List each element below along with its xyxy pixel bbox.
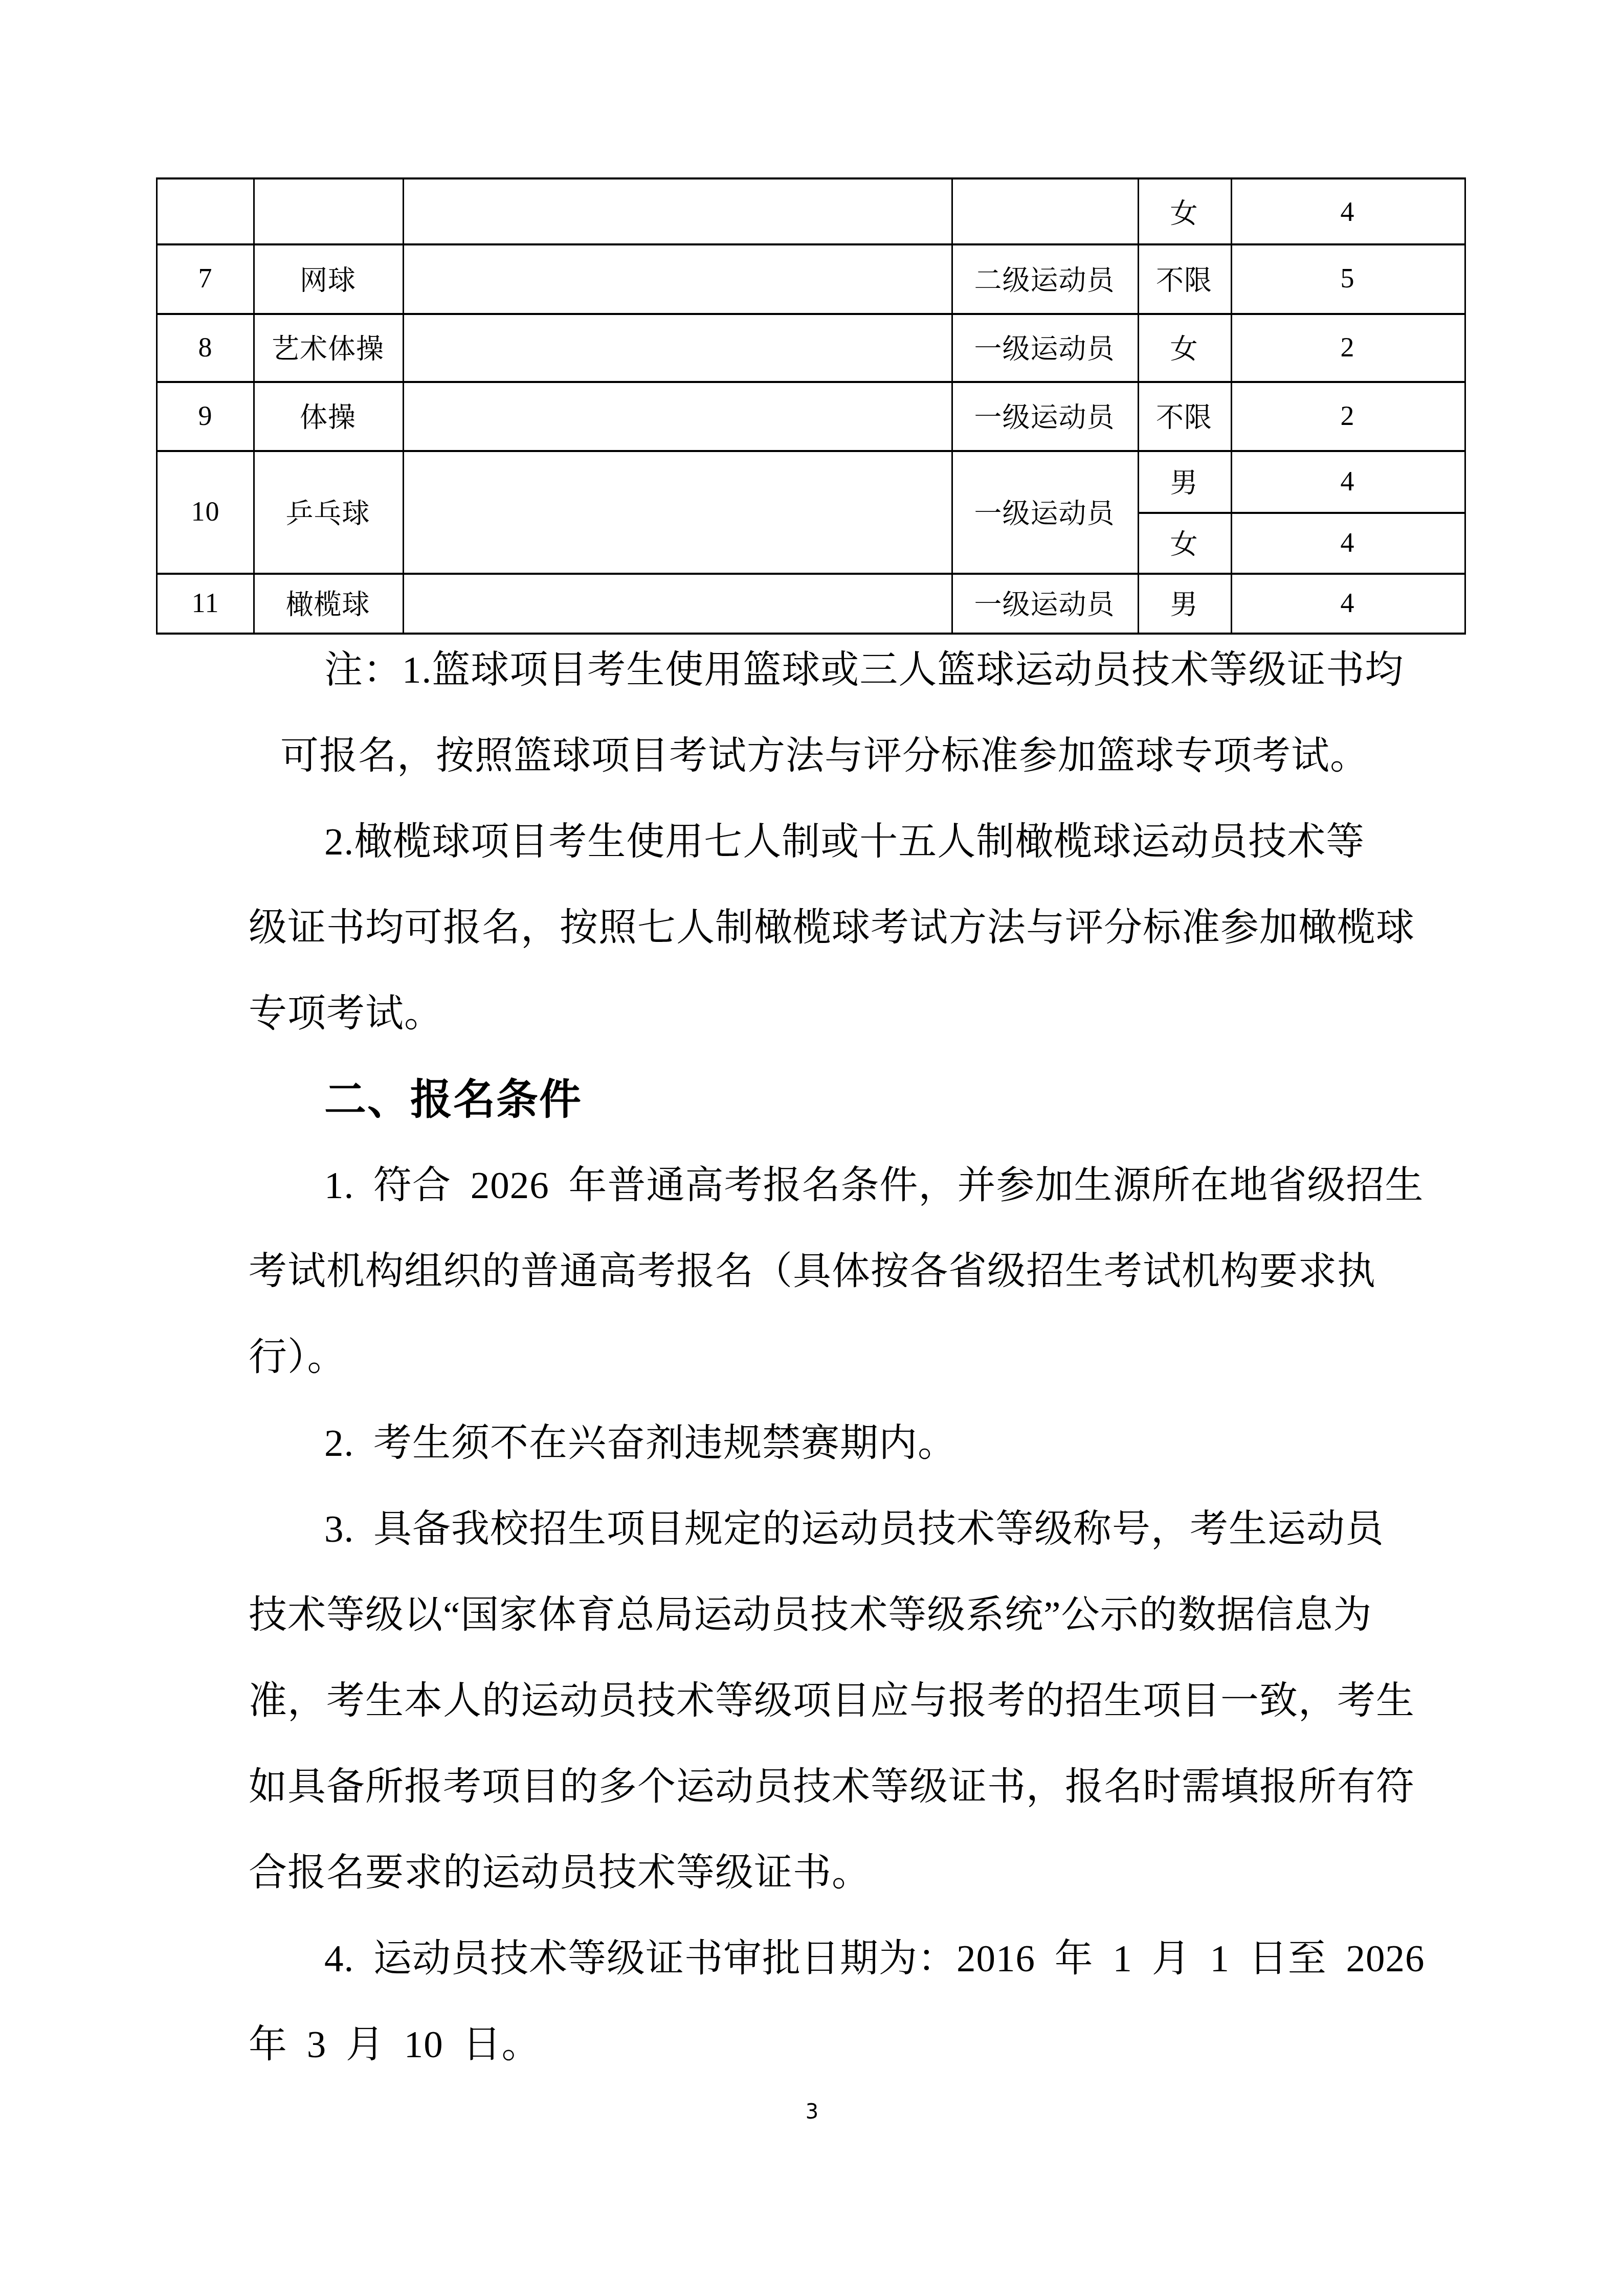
table-cell-level: 一级运动员 (951, 313, 1138, 381)
table-cell-gender: 女 (1138, 313, 1231, 381)
table-cell-gender: 不限 (1138, 381, 1231, 450)
paragraph-line: 1. 符合 2026 年普通高考报名条件，并参加生源所在地省级招生 (249, 1143, 1389, 1229)
paragraph-line: 合报名要求的运动员技术等级证书。 (249, 1830, 1389, 1916)
note-line: 专项考试。 (249, 971, 1389, 1057)
table-cell-level: 一级运动员 (951, 573, 1138, 633)
paragraph-line: 2. 考生须不在兴奋剂违规禁赛期内。 (249, 1401, 1389, 1487)
paragraph-line: 年 3 月 10 日。 (249, 2002, 1389, 2088)
paragraph-line: 技术等级以“国家体育总局运动员技术等级系统”公示的数据信息为 (249, 1572, 1389, 1658)
paragraph-line: 准，考生本人的运动员技术等级项目应与报考的招生项目一致，考生 (249, 1658, 1389, 1744)
paragraph-line: 3. 具备我校招生项目规定的运动员技术等级称号，考生运动员 (249, 1487, 1389, 1572)
table-cell-quota: 4 (1231, 179, 1464, 243)
table-cell-gender: 男 (1138, 450, 1231, 512)
table-cell-sport: 橄榄球 (253, 573, 403, 633)
table-cell-no: 10 (158, 450, 253, 573)
note-line: 级证书均可报名，按照七人制橄榄球考试方法与评分标准参加橄榄球 (249, 885, 1389, 971)
table-cell-quota: 2 (1231, 381, 1464, 450)
table-cell-no: 11 (158, 573, 253, 633)
document-page: 女 4 7 网球 二级运动员 不限 5 8 艺术体操 一级运动员 女 2 9 体… (0, 0, 1624, 2296)
paragraph-line: 4. 运动员技术等级证书审批日期为：2016 年 1 月 1 日至 2026 (249, 1916, 1389, 2002)
table-cell-quota: 4 (1231, 573, 1464, 633)
table-cell-no: 7 (158, 243, 253, 313)
table-cell-level: 一级运动员 (951, 450, 1138, 573)
table-cell-quota: 4 (1231, 512, 1464, 573)
paragraph-line: 考试机构组织的普通高考报名（具体按各省级招生考试机构要求执 (249, 1229, 1389, 1315)
table-cell-gender: 女 (1138, 179, 1231, 243)
body-text: 注：1.篮球项目考生使用篮球或三人篮球运动员技术等级证书均 可报名，按照篮球项目… (249, 627, 1389, 2088)
paragraph-line: 行）。 (249, 1315, 1389, 1401)
table-cell-gender: 女 (1138, 512, 1231, 573)
table-cell-level: 一级运动员 (951, 381, 1138, 450)
page-number: 3 (0, 2097, 1624, 2127)
table-cell-gender: 不限 (1138, 243, 1231, 313)
table-cell-quota: 5 (1231, 243, 1464, 313)
table-cell-sport: 乒乓球 (253, 450, 403, 573)
section-heading: 二、报名条件 (249, 1057, 1389, 1143)
quota-table: 女 4 7 网球 二级运动员 不限 5 8 艺术体操 一级运动员 女 2 9 体… (156, 177, 1466, 635)
table-cell-gender: 男 (1138, 573, 1231, 633)
table-cell-no: 8 (158, 313, 253, 381)
table-cell-sport: 艺术体操 (253, 313, 403, 381)
table-cell-sport: 体操 (253, 381, 403, 450)
note-line: 注：1.篮球项目考生使用篮球或三人篮球运动员技术等级证书均 (249, 627, 1389, 713)
paragraph-line: 如具备所报考项目的多个运动员技术等级证书，报名时需填报所有符 (249, 1744, 1389, 1830)
table-cell-quota: 4 (1231, 450, 1464, 512)
table-cell-no: 9 (158, 381, 253, 450)
table-cell-level: 二级运动员 (951, 243, 1138, 313)
table-grid-line (403, 179, 404, 633)
note-line: 可报名，按照篮球项目考试方法与评分标准参加篮球专项考试。 (249, 713, 1389, 799)
table-cell-quota: 2 (1231, 313, 1464, 381)
table-cell-sport: 网球 (253, 243, 403, 313)
note-line: 2.橄榄球项目考生使用七人制或十五人制橄榄球运动员技术等 (249, 799, 1389, 885)
